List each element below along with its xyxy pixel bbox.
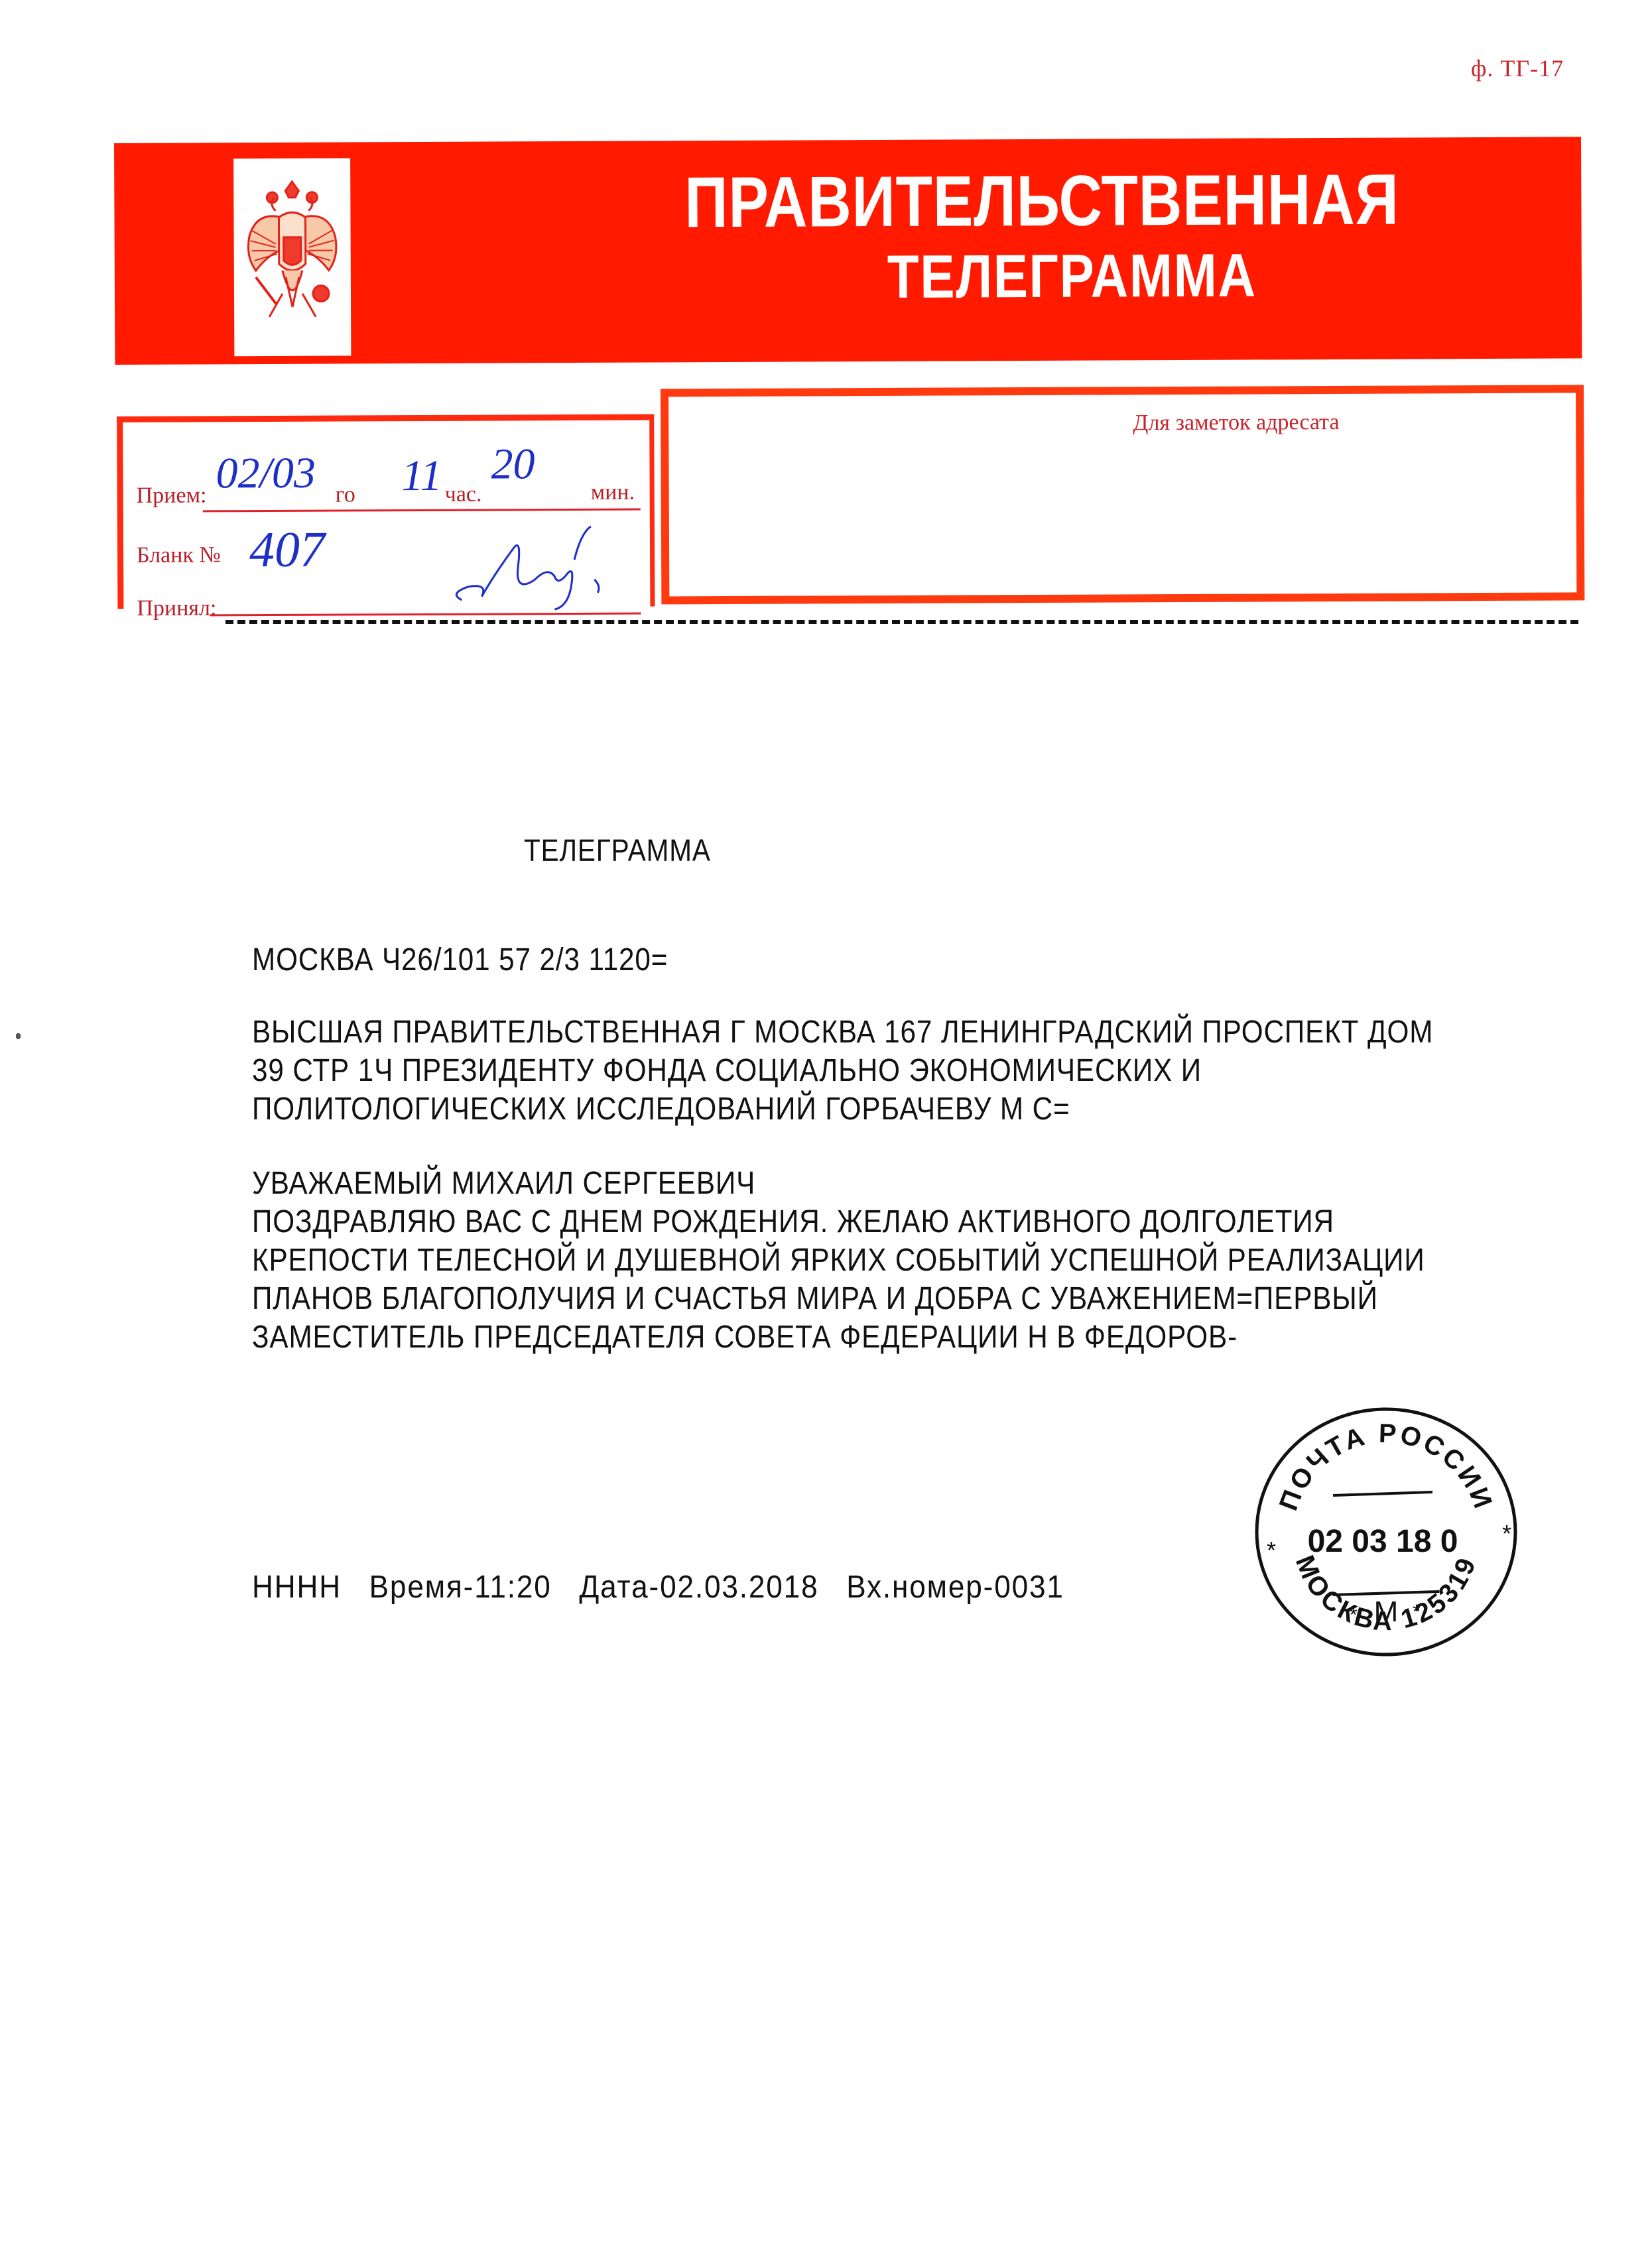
banner-subtitle: ТЕЛЕГРАММА [887, 241, 1257, 312]
signature-icon [442, 520, 641, 613]
svg-text:М: М [1374, 1596, 1399, 1628]
accepted-label: Принял: [137, 596, 216, 621]
body-line: ПОЗДРАВЛЯЮ ВАС С ДНЕМ РОЖДЕНИЯ. ЖЕЛАЮ АК… [252, 1203, 1425, 1241]
minute-value: 20 [491, 439, 535, 489]
svg-text:*: * [1413, 1601, 1421, 1623]
tear-line [225, 620, 1578, 624]
postmark-icon: ПОЧТА РОССИИ МОСКВА 125319 02 03 18 0 * … [1247, 1396, 1525, 1661]
received-date-value: 02/03 [216, 448, 316, 499]
address-line: ВЫСШАЯ ПРАВИТЕЛЬСТВЕННАЯ Г МОСКВА 167 ЛЕ… [252, 1013, 1433, 1052]
svg-text:02 03 18 0: 02 03 18 0 [1308, 1524, 1458, 1559]
received-underline [203, 509, 641, 513]
reception-box: Прием: 02/03 го 11 час. 20 мин. Бланк № … [117, 414, 655, 609]
banner-title: ПРАВИТЕЛЬСТВЕННАЯ [684, 158, 1403, 244]
message-body: УВАЖАЕМЫЙ МИХАИЛ СЕРГЕЕВИЧ ПОЗДРАВЛЯЮ ВА… [252, 1164, 1425, 1357]
address-line: 39 СТР 1Ч ПРЕЗИДЕНТУ ФОНДА СОЦИАЛЬНО ЭКО… [252, 1052, 1433, 1090]
body-line: ПЛАНОВ БЛАГОПОЛУЧИЯ И СЧАСТЬЯ МИРА И ДОБ… [252, 1280, 1425, 1318]
footer-incoming-number: Вх.номер-0031 [846, 1570, 1064, 1605]
reception-form: Прием: 02/03 го 11 час. 20 мин. Бланк № … [117, 385, 1584, 617]
svg-text:*: * [1350, 1604, 1358, 1626]
address-block: ВЫСШАЯ ПРАВИТЕЛЬСТВЕННАЯ Г МОСКВА 167 ЛЕ… [252, 1013, 1433, 1129]
footer-date: Дата-02.03.2018 [579, 1570, 818, 1605]
postal-stamp: ПОЧТА РОССИИ МОСКВА 125319 02 03 18 0 * … [1247, 1396, 1525, 1661]
footer-time: Время-11:20 [369, 1570, 552, 1605]
minute-label: мин. [591, 480, 635, 505]
emblem-box [233, 158, 351, 356]
notes-label: Для заметок адресата [1133, 410, 1339, 436]
body-line: ЗАМЕСТИТЕЛЬ ПРЕДСЕДАТЕЛЯ СОВЕТА ФЕДЕРАЦИ… [252, 1318, 1425, 1357]
address-line: ПОЛИТОЛОГИЧЕСКИХ ИССЛЕДОВАНИЙ ГОРБАЧЕВУ … [252, 1090, 1433, 1129]
telegram-heading: ТЕЛЕГРАММА [524, 832, 711, 868]
blank-number-value: 407 [249, 521, 325, 579]
accepted-underline [210, 613, 641, 617]
body-line: КРЕПОСТИ ТЕЛЕСНОЙ И ДУШЕВНОЙ ЯРКИХ СОБЫТ… [252, 1241, 1425, 1280]
hour-label: час. [445, 482, 482, 507]
telegram-footer: НННН Время-11:20 Дата-02.03.2018 Вх.номе… [252, 1569, 1082, 1605]
svg-text:*: * [1267, 1537, 1276, 1564]
form-code: ф. ТГ-17 [1471, 54, 1564, 82]
year-label: го [336, 482, 355, 507]
coat-of-arms-icon [242, 178, 342, 338]
svg-text:*: * [1502, 1520, 1511, 1547]
header-banner: ПРАВИТЕЛЬСТВЕННАЯ ТЕЛЕГРАММА [114, 137, 1582, 365]
recipient-notes-box: Для заметок адресата [661, 385, 1584, 604]
scan-speck [16, 1033, 21, 1039]
telegram-header-line: МОСКВА Ч26/101 57 2/3 1120= [252, 942, 668, 978]
body-line: УВАЖАЕМЫЙ МИХАИЛ СЕРГЕЕВИЧ [252, 1164, 1425, 1203]
blank-label: Бланк № [137, 542, 221, 568]
received-label: Прием: [137, 483, 207, 508]
end-marker: НННН [252, 1570, 342, 1605]
hour-value: 11 [401, 451, 442, 501]
